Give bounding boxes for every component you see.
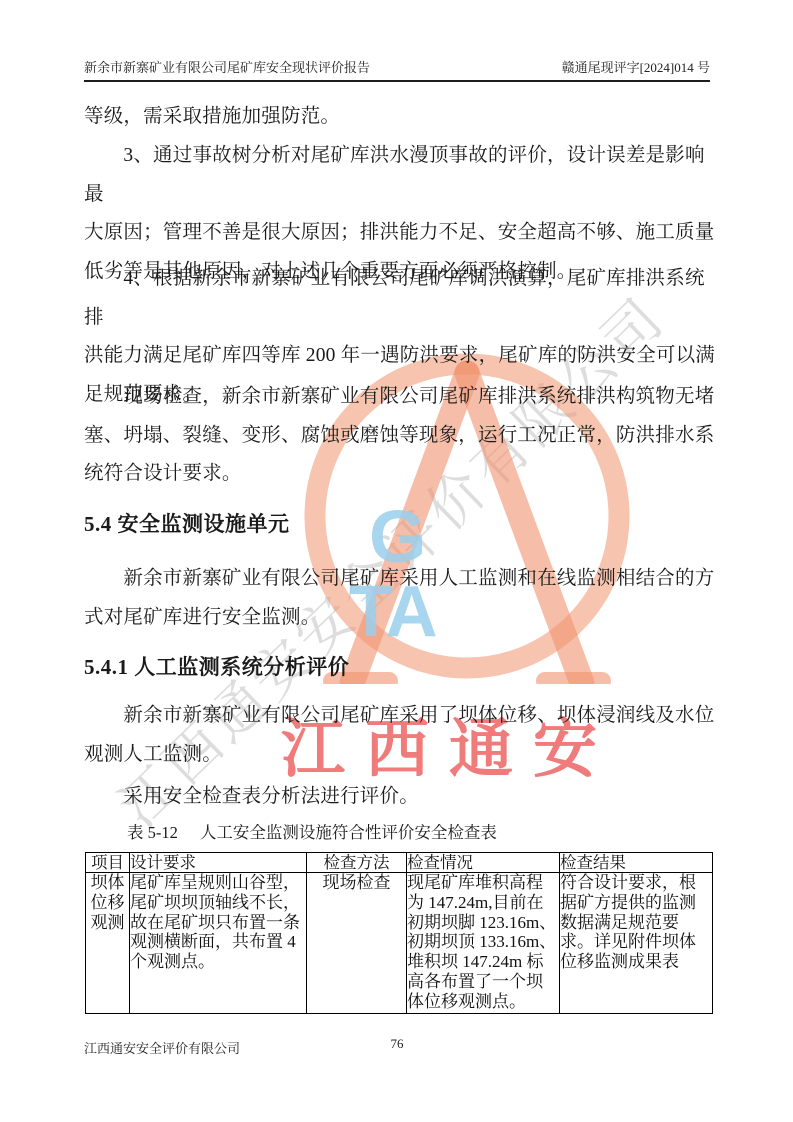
cell-check-method: 现场检查	[307, 873, 407, 1014]
table-caption-title: 人工安全监测设施符合性评价安全检查表	[200, 823, 497, 842]
report-page: 江西通安安全评价有限公司 G TA 江西通安 新余市新寨矿业有限公司尾矿库安全现…	[0, 0, 793, 1122]
footer-page-number: 76	[84, 1036, 710, 1052]
col-header-check-method: 检查方法	[307, 853, 407, 873]
paragraph-monitoring-intro: 新余市新寨矿业有限公司尾矿库采用人工监测和在线监测相结合的方 式对尾矿库进行安全…	[84, 560, 720, 637]
header-report-title: 新余市新寨矿业有限公司尾矿库安全现状评价报告	[84, 57, 370, 76]
table-header-row: 项目 设计要求 检查方法 检查情况 检查结果	[86, 853, 713, 873]
table-row: 坝体 位移 观测 尾矿库呈规则山谷型， 尾矿坝坝顶轴线不长， 故在尾矿坝只布置一…	[86, 873, 713, 1014]
cell-design-requirement: 尾矿库呈规则山谷型， 尾矿坝坝顶轴线不长， 故在尾矿坝只布置一条 观测横断面，共…	[130, 873, 307, 1014]
cell-check-result: 符合设计要求，根 据矿方提供的监测 数据满足规范要 求。详见附件坝体 位移监测成…	[560, 873, 713, 1014]
safety-check-table-body: 项目 设计要求 检查方法 检查情况 检查结果 坝体 位移 观测 尾矿库呈规则山谷…	[86, 853, 713, 1014]
col-header-item: 项目	[86, 853, 130, 873]
cell-check-situation: 现尾矿库堆积高程 为 147.24m,目前在 初期坝脚 123.16m、 初期坝…	[407, 873, 560, 1014]
col-header-check-result: 检查结果	[560, 853, 713, 873]
section-heading-5-4-1: 5.4.1 人工监测系统分析评价	[84, 653, 720, 681]
paragraph-continuation: 等级，需采取措施加强防范。	[84, 98, 720, 137]
table-caption-label: 表 5-12	[127, 823, 178, 842]
paragraph-manual-monitoring: 新余市新寨矿业有限公司尾矿库采用了坝体位移、坝体浸润线及水位 观测人工监测。	[84, 697, 720, 774]
paragraph-checklist-method: 采用安全检查表分析法进行评价。	[84, 778, 720, 817]
safety-check-table: 项目 设计要求 检查方法 检查情况 检查结果 坝体 位移 观测 尾矿库呈规则山谷…	[85, 852, 713, 1014]
header-rule	[84, 80, 710, 82]
header-doc-number: 赣通尾现评字[2024]014 号	[562, 57, 710, 76]
cell-item: 坝体 位移 观测	[86, 873, 130, 1014]
col-header-design-requirement: 设计要求	[130, 853, 307, 873]
content-layer: 新余市新寨矿业有限公司尾矿库安全现状评价报告 赣通尾现评字[2024]014 号…	[0, 0, 793, 1122]
section-heading-5-4: 5.4 安全监测设施单元	[84, 510, 720, 538]
paragraph-site-inspection: 现场检查，新余市新寨矿业有限公司尾矿库排洪系统排洪构筑物无堵 塞、坍塌、裂缝、变…	[84, 378, 720, 494]
table-caption: 表 5-12人工安全监测设施符合性评价安全检查表	[127, 821, 497, 845]
col-header-check-situation: 检查情况	[407, 853, 560, 873]
